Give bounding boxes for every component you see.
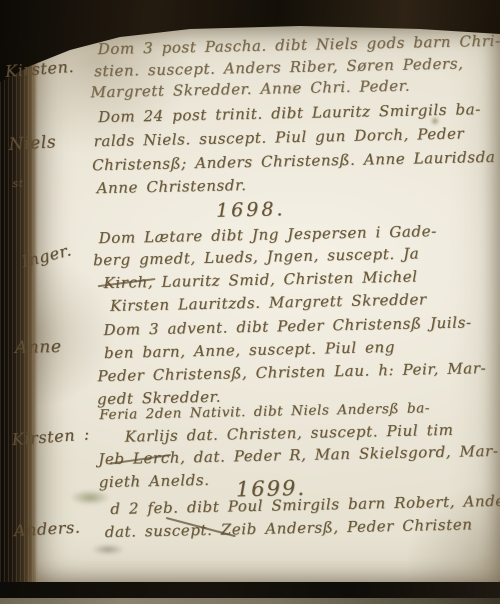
- manuscript-photo: Kirsten. Dom 3 post Pascha. dibt Niels g…: [0, 0, 500, 604]
- entry-line: Anne Christensdr.: [96, 176, 246, 197]
- margin-name: Anne: [15, 337, 62, 358]
- handwriting-layer: Kirsten. Dom 3 post Pascha. dibt Niels g…: [0, 0, 500, 604]
- margin-name: Inger.: [19, 240, 73, 271]
- year-heading-1698: 1698.: [216, 198, 286, 221]
- entry-line: ben barn, Anne, suscept. Piul eng: [104, 338, 395, 362]
- margin-name: Kirsten.: [4, 57, 74, 81]
- entry-line: d 2 feb. dibt Poul Smirgils barn Robert,…: [110, 491, 500, 518]
- entry-line: Dom 24 post trinit. dibt Lauritz Smirgil…: [98, 100, 481, 126]
- margin-name: Niels: [8, 132, 57, 155]
- margin-name: Anders.: [13, 517, 81, 540]
- entry-line: ralds Niels. suscept. Piul gun Dorch, Pe…: [93, 124, 464, 150]
- entry-line: Christensß; Anders Christensß. Anne Laur…: [92, 148, 496, 174]
- entry-line: berg gmedt, Lueds, Jngen, suscept. Ja: [93, 244, 420, 269]
- margin-name: Kirsten :: [11, 424, 90, 449]
- entry-line: Dom Lætare dibt Jng Jespersen i Gade-: [98, 222, 437, 247]
- entry-line: Karlijs dat. Christen, suscept. Piul tim: [125, 421, 454, 446]
- entry-line: Margrett Skredder. Anne Chri. Peder.: [90, 77, 410, 102]
- entry-line: gieth Anelds.: [99, 471, 210, 491]
- margin-mark: st: [12, 177, 24, 190]
- entry-line: dat. suscept. Zeib Andersß, Peder Christ…: [105, 515, 473, 541]
- entry-line: Kirsten Lauritzds. Margrett Skredder: [110, 290, 427, 315]
- entry-line: Dom 3 advent. dibt Peder Christensß Juil…: [103, 313, 471, 339]
- entry-line: Peder Christensß, Christen Lau. h: Peir,…: [97, 359, 486, 385]
